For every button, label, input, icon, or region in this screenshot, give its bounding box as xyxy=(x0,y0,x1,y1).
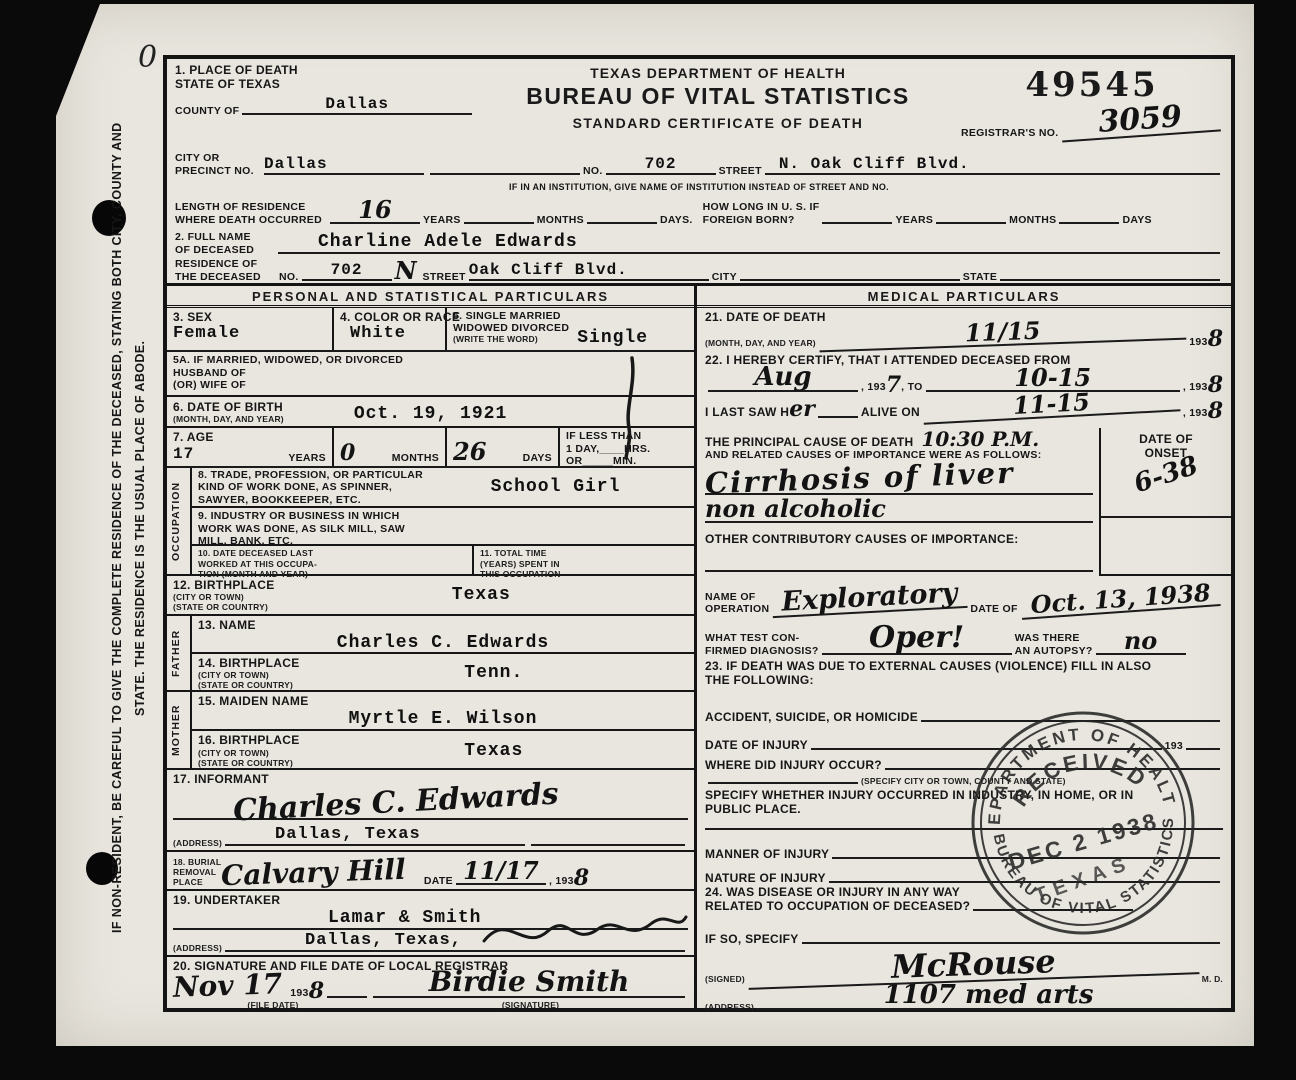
residence-no-value: 702 xyxy=(302,261,392,281)
county-value: Dallas xyxy=(242,95,472,115)
sex-color-marital-row: 3. SEX Female 4. COLOR OR RACE White 5. … xyxy=(167,308,694,353)
medical-section-title: MEDICAL PARTICULARS xyxy=(697,286,1231,308)
dob-sub-label: (MONTH, DAY, AND YEAR) xyxy=(173,414,284,424)
other-causes-label: OTHER CONTRIBUTORY CAUSES OF IMPORTANCE: xyxy=(705,532,1093,546)
birthplace-value: Texas xyxy=(452,585,511,605)
operation-row: NAME OF OPERATION Exploratory DATE OF Oc… xyxy=(697,574,1231,616)
file-date-hw: Nov 17 xyxy=(173,970,283,1002)
residence-of-label1: RESIDENCE OF xyxy=(175,258,279,270)
s22-y3-printed: , 193 xyxy=(1183,407,1208,419)
days-label: DAYS. xyxy=(660,214,693,226)
s10-line2: WORKED AT THIS OCCUPA- xyxy=(198,559,466,569)
informant-row: 17. INFORMANT Charles C. Edwards (ADDRES… xyxy=(167,770,694,852)
onset-label1: DATE OF xyxy=(1101,428,1231,446)
s8-line3: SAWYER, BOOKKEEPER, ETC. xyxy=(198,494,423,506)
injury-where-label: WHERE DID INJURY OCCUR? xyxy=(705,758,882,772)
age-days-value: 26 xyxy=(453,440,486,464)
s18-label3: PLACE xyxy=(173,877,221,887)
certificate-title: STANDARD CERTIFICATE OF DEATH xyxy=(475,115,961,131)
autopsy-label2: AN AUTOPSY? xyxy=(1015,645,1093,657)
age-less-label1: IF LESS THAN xyxy=(566,430,688,442)
street-direction-hw: N xyxy=(395,259,417,283)
operation-label1: NAME OF xyxy=(705,591,769,603)
operation-date-label: DATE OF xyxy=(970,603,1017,615)
s16-label: 16. BIRTHPLACE xyxy=(198,733,300,747)
cause-primary-value: Cirrhosis of liver xyxy=(705,459,1015,499)
residence-years-value: 16 xyxy=(330,198,420,224)
s18-date-label: DATE xyxy=(424,875,453,887)
signature-sublabel: (SIGNATURE) xyxy=(373,1000,688,1010)
test-label1: WHAT TEST CON- xyxy=(705,632,819,644)
file-year-printed: 193 xyxy=(290,987,308,999)
attended-row: 22. I HEREBY CERTIFY, THAT I ATTENDED DE… xyxy=(697,353,1231,426)
institution-note: IF IN AN INSTITUTION, GIVE NAME OF INSTI… xyxy=(509,182,889,192)
s14-sub1: (CITY OR TOWN) xyxy=(198,670,300,680)
age-label: 7. AGE xyxy=(173,430,214,444)
cause-label1: THE PRINCIPAL CAUSE OF DEATH xyxy=(705,435,913,449)
trade-profession-row: 8. TRADE, PROFESSION, OR PARTICULAR KIND… xyxy=(192,468,694,508)
death-time-hw: 10:30 P.M. xyxy=(921,429,1039,449)
s10-line1: 10. DATE DECEASED LAST xyxy=(198,548,466,558)
registrar-signature: Birdie Smith xyxy=(373,968,685,998)
marital-label1: 5. SINGLE MARRIED xyxy=(453,310,569,322)
married-widowed-row: 5A. IF MARRIED, WIDOWED, OR DIVORCED HUS… xyxy=(167,352,694,397)
s8-line2: KIND OF WORK DONE, AS SPINNER, xyxy=(198,481,423,493)
length-residence-label1: LENGTH OF RESIDENCE xyxy=(175,201,327,213)
date-of-death-row: 21. DATE OF DEATH (MONTH, DAY, AND YEAR)… xyxy=(697,308,1231,354)
s19-address-label: (ADDRESS) xyxy=(173,943,222,953)
signed-row: (SIGNED) McRouse M. D. xyxy=(697,946,1231,984)
full-name-label2: OF DECEASED xyxy=(175,244,275,256)
mother-birthplace-row: 16. BIRTHPLACE (CITY OR TOWN) (STATE OR … xyxy=(192,731,694,770)
s16-sub1: (CITY OR TOWN) xyxy=(198,748,300,758)
occupation-group: OCCUPATION 8. TRADE, PROFESSION, OR PART… xyxy=(167,468,694,576)
city-street-row: CITY OR PRECINCT NO. Dallas NO. 702 STRE… xyxy=(167,151,1231,177)
s9-line2: WORK WAS DONE, AS SILK MILL, SAW xyxy=(198,523,688,535)
marital-value: Single xyxy=(577,328,648,348)
s24-line2: RELATED TO OCCUPATION OF DECEASED? xyxy=(705,899,970,913)
foreign-born-label1: HOW LONG IN U. S. IF xyxy=(703,201,820,213)
informant-address: Dallas, Texas xyxy=(225,825,525,846)
residence-of-deceased-row: RESIDENCE OF THE DECEASED NO. 702 N STRE… xyxy=(167,256,1231,283)
bureau-title: BUREAU OF VITAL STATISTICS xyxy=(475,83,961,110)
test-autopsy-row: WHAT TEST CON- FIRMED DIAGNOSIS? Oper! W… xyxy=(697,615,1231,657)
attended-to-year-hw: 8 xyxy=(1208,374,1223,396)
autopsy-label1: WAS THERE xyxy=(1015,632,1093,644)
s21-sub-label: (MONTH, DAY, AND YEAR) xyxy=(705,338,816,348)
s22-y1-printed: , 193 xyxy=(861,381,886,393)
registrar-no-label: REGISTRAR'S NO. xyxy=(961,127,1058,139)
last-saw-hw: er xyxy=(789,398,815,420)
industry-row: 9. INDUSTRY OR BUSINESS IN WHICH WORK WA… xyxy=(192,508,694,546)
s17-label: 17. INFORMANT xyxy=(173,772,269,786)
residence-no-label: NO. xyxy=(279,271,299,283)
date-of-onset-box: DATE OF ONSET 6-38 xyxy=(1099,428,1231,576)
age-row: 7. AGE 17 YEARS 0 MONTHS 26 DAYS IF xyxy=(167,428,694,468)
operation-value: Exploratory xyxy=(772,579,968,618)
alive-on-label: ALIVE ON xyxy=(861,405,920,419)
street-value: N. Oak Cliff Blvd. xyxy=(765,155,1220,175)
serial-number: 49545 xyxy=(961,65,1223,105)
stamp-date-text: DEC 2 1938 xyxy=(1005,807,1161,875)
full-name-label1: 2. FULL NAME xyxy=(175,231,275,243)
years-label: YEARS xyxy=(423,214,461,226)
length-of-residence-row: LENGTH OF RESIDENCE WHERE DEATH OCCURRED… xyxy=(167,192,1231,226)
street-label: STREET xyxy=(719,165,762,177)
age-years-value: 17 xyxy=(173,445,214,463)
margin-note-line2: STATE. THE RESIDENCE IS THE USUAL PLACE … xyxy=(133,48,147,1008)
s22-to-label: , TO xyxy=(901,381,922,393)
ifso-label: IF SO, SPECIFY xyxy=(705,932,799,946)
s12-label: 12. BIRTHPLACE xyxy=(173,578,275,592)
marital-label2: WIDOWED DIVORCED xyxy=(453,322,569,334)
file-year-hw: 8 xyxy=(309,980,324,1002)
last-worked-row: 10. DATE DECEASED LAST WORKED AT THIS OC… xyxy=(192,546,694,576)
birthplace-row: 12. BIRTHPLACE (CITY OR TOWN) (STATE OR … xyxy=(167,576,694,616)
burial-date-value: 11/17 xyxy=(456,859,546,885)
s9-line1: 9. INDUSTRY OR BUSINESS IN WHICH xyxy=(198,510,688,522)
s21-year-printed: 193 xyxy=(1189,336,1207,348)
father-birthplace-row: 14. BIRTHPLACE (CITY OR TOWN) (STATE OR … xyxy=(192,654,694,692)
test-label2: FIRMED DIAGNOSIS? xyxy=(705,645,819,657)
s11-line1: 11. TOTAL TIME xyxy=(480,548,688,558)
father-name-row: 13. NAME Charles C. Edwards xyxy=(192,616,694,654)
attended-from-year-hw: 7 xyxy=(886,374,901,396)
color-value: White xyxy=(340,324,439,343)
death-certificate: 1. PLACE OF DEATH STATE OF TEXAS COUNTY … xyxy=(163,55,1235,1012)
city-value: Dallas xyxy=(264,155,424,175)
mother-group: MOTHER 15. MAIDEN NAME Myrtle E. Wilson … xyxy=(167,692,694,770)
received-date-stamp: DEPARTMENT OF HEALTH BUREAU OF VITAL STA… xyxy=(956,696,1211,951)
no-label: NO. xyxy=(583,165,603,177)
full-name-row: 2. FULL NAME OF DECEASED Charline Adele … xyxy=(167,226,1231,256)
precinct-no-label: PRECINCT NO. xyxy=(175,165,261,177)
length-residence-label2: WHERE DEATH OCCURRED xyxy=(175,214,327,226)
city-or-label: CITY OR xyxy=(175,152,261,164)
age-months-label: MONTHS xyxy=(392,452,439,464)
age-less-label3: OR_____MIN. xyxy=(566,455,688,467)
place-of-death-label: 1. PLACE OF DEATH xyxy=(175,63,475,77)
days2-label: DAYS xyxy=(1122,214,1151,226)
test-value: Oper! xyxy=(822,623,1012,655)
s18-year-printed: , 193 xyxy=(549,875,574,887)
burial-place-value: Calvary Hill xyxy=(221,856,406,890)
deceased-name-value: Charline Adele Edwards xyxy=(278,232,1220,254)
undertaker-value: Lamar & Smith xyxy=(328,908,481,928)
s5a-line2: HUSBAND OF xyxy=(173,367,688,379)
operation-date-value: Oct. 13, 1938 xyxy=(1020,581,1221,621)
operation-label2: OPERATION xyxy=(705,603,769,615)
registrar-row: 20. SIGNATURE AND FILE DATE OF LOCAL REG… xyxy=(167,957,694,1012)
occupation-value: School Girl xyxy=(491,477,621,497)
age-years-label: YEARS xyxy=(288,452,326,464)
certificate-scan-paper: 0 IF NON-RESIDENT, BE CAREFUL TO GIVE TH… xyxy=(56,4,1254,1046)
death-year-hw: 8 xyxy=(1208,328,1223,350)
marital-label3: (WRITE THE WORD) xyxy=(453,334,569,344)
father-birthplace-value: Tenn. xyxy=(464,663,523,683)
undertaker-address: Dallas, Texas, xyxy=(225,931,685,952)
residence-state-label: STATE xyxy=(963,271,997,283)
s23-line1: 23. IF DEATH WAS DUE TO EXTERNAL CAUSES … xyxy=(705,659,1223,673)
last-alive-year-hw: 8 xyxy=(1208,400,1223,422)
occupation-vertical-label: OCCUPATION xyxy=(170,468,188,574)
external-causes-row: 23. IF DEATH WAS DUE TO EXTERNAL CAUSES … xyxy=(697,657,1231,699)
age-less-label2: 1 DAY,____HRS. xyxy=(566,443,688,455)
personal-section-title: PERSONAL AND STATISTICAL PARTICULARS xyxy=(167,286,694,308)
last-saw-label: I LAST SAW H xyxy=(705,405,789,419)
sex-value: Female xyxy=(173,324,326,343)
s17-address-label: (ADDRESS) xyxy=(173,838,222,848)
father-group: FATHER 13. NAME Charles C. Edwards 14. B… xyxy=(167,616,694,692)
autopsy-value: no xyxy=(1096,629,1186,655)
margin-note-line1: IF NON-RESIDENT, BE CAREFUL TO GIVE THE … xyxy=(110,48,124,1008)
dob-label: 6. DATE OF BIRTH xyxy=(173,400,284,414)
mother-vertical-label: MOTHER xyxy=(170,692,188,768)
injury-manner-label: MANNER OF INJURY xyxy=(705,847,829,861)
undertaker-row: 19. UNDERTAKER Lamar & Smith (ADDRESS) D… xyxy=(167,891,694,957)
certificate-header: 1. PLACE OF DEATH STATE OF TEXAS COUNTY … xyxy=(167,59,1231,151)
institution-note-row: IF IN AN INSTITUTION, GIVE NAME OF INSTI… xyxy=(167,177,1231,192)
title-block: TEXAS DEPARTMENT OF HEALTH BUREAU OF VIT… xyxy=(475,63,961,151)
residence-street-value: Oak Cliff Blvd. xyxy=(469,261,709,281)
s5a-line3: (OR) WIFE OF xyxy=(173,379,688,391)
foreign-born-label2: FOREIGN BORN? xyxy=(703,214,820,226)
s19-label: 19. UNDERTAKER xyxy=(173,893,688,907)
age-months-value: 0 xyxy=(340,442,355,464)
mother-birthplace-value: Texas xyxy=(464,741,523,761)
number-block: 49545 REGISTRAR'S NO. 3059 xyxy=(961,63,1223,151)
place-of-death-block: 1. PLACE OF DEATH STATE OF TEXAS COUNTY … xyxy=(175,63,475,151)
s15-label: 15. MAIDEN NAME xyxy=(198,694,688,708)
accident-label: ACCIDENT, SUICIDE, OR HOMICIDE xyxy=(705,710,918,724)
months-label: MONTHS xyxy=(537,214,584,226)
signed-label: (SIGNED) xyxy=(705,974,745,984)
months2-label: MONTHS xyxy=(1009,214,1056,226)
county-label: COUNTY OF xyxy=(175,105,239,117)
left-margin-note: IF NON-RESIDENT, BE CAREFUL TO GIVE THE … xyxy=(110,48,158,1008)
mother-name-row: 15. MAIDEN NAME Myrtle E. Wilson xyxy=(192,692,694,731)
s16-sub2: (STATE OR COUNTRY) xyxy=(198,758,300,768)
house-no-value: 702 xyxy=(606,155,716,175)
s5a-line1: 5A. IF MARRIED, WIDOWED, OR DIVORCED xyxy=(173,354,688,366)
dob-value: Oct. 19, 1921 xyxy=(354,404,507,424)
sex-label: 3. SEX xyxy=(173,310,326,324)
s23-line2: THE FOLLOWING: xyxy=(705,673,1223,687)
years2-label: YEARS xyxy=(895,214,933,226)
s13-label: 13. NAME xyxy=(198,618,688,632)
date-of-birth-row: 6. DATE OF BIRTH (MONTH, DAY, AND YEAR) … xyxy=(167,397,694,428)
s18-label1: 18. BURIAL xyxy=(173,857,221,867)
s8-line1: 8. TRADE, PROFESSION, OR PARTICULAR xyxy=(198,469,423,481)
department-title: TEXAS DEPARTMENT OF HEALTH xyxy=(475,65,961,81)
s12-sub1: (CITY OR TOWN) xyxy=(173,592,275,602)
personal-particulars-column: PERSONAL AND STATISTICAL PARTICULARS 3. … xyxy=(167,286,697,1012)
burial-row: 18. BURIAL REMOVAL PLACE Calvary Hill DA… xyxy=(167,852,694,891)
s22-y2-printed: , 193 xyxy=(1183,381,1208,393)
s11-line2: (YEARS) SPENT IN xyxy=(480,559,688,569)
residence-city-label: CITY xyxy=(712,271,737,283)
s14-label: 14. BIRTHPLACE xyxy=(198,656,300,670)
mother-name-value: Myrtle E. Wilson xyxy=(198,709,688,729)
burial-year-hw: 8 xyxy=(574,867,589,889)
s18-label2: REMOVAL xyxy=(173,867,221,877)
residence-street-label: STREET xyxy=(423,271,466,283)
age-days-label: DAYS xyxy=(523,452,552,464)
father-name-value: Charles C. Edwards xyxy=(198,633,688,653)
s14-sub2: (STATE OR COUNTRY) xyxy=(198,680,300,690)
physician-address-label: (ADDRESS) xyxy=(705,1002,754,1012)
residence-of-label2: THE DECEASED xyxy=(175,271,279,283)
attended-from-value: Aug xyxy=(708,364,858,392)
cause-secondary-value: non alcoholic xyxy=(705,497,886,521)
s12-sub2: (STATE OR COUNTRY) xyxy=(173,602,275,612)
injury-nature-label: NATURE OF INJURY xyxy=(705,871,826,885)
state-of-texas-label: STATE OF TEXAS xyxy=(175,77,475,91)
father-vertical-label: FATHER xyxy=(170,616,188,690)
registrar-no-value: 3059 xyxy=(1060,100,1220,143)
color-label: 4. COLOR OR RACE xyxy=(340,310,439,324)
injury-date-label: DATE OF INJURY xyxy=(705,738,808,752)
